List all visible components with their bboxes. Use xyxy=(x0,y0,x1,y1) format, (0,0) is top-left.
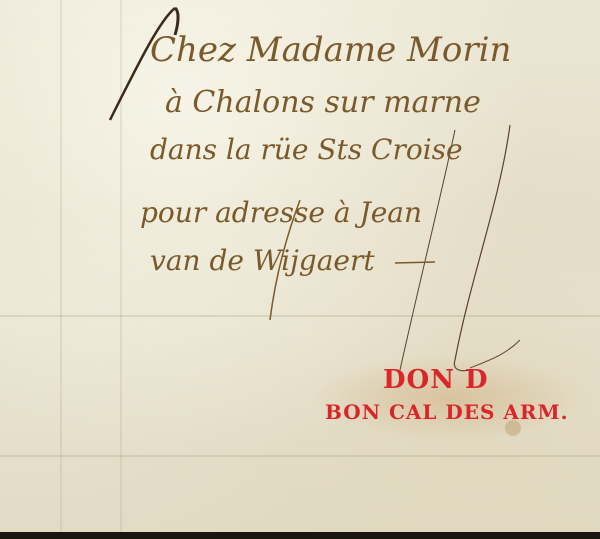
address-line-2: à Chalons sur marne xyxy=(165,85,481,120)
letter-sheet: Chez Madame Morin à Chalons sur marne da… xyxy=(0,0,600,532)
postmark-line-1: DON D xyxy=(383,365,489,395)
address-line-4: pour adresse à Jean xyxy=(140,196,422,229)
image-border xyxy=(0,532,600,539)
address-line-5: van de Wijgaert xyxy=(150,244,375,277)
address-line-1: Chez Madame Morin xyxy=(150,30,511,70)
postmark-line-2: BON CAL DES ARM. xyxy=(325,400,569,424)
address-line-3: dans la rüe Sts Croise xyxy=(150,133,463,166)
